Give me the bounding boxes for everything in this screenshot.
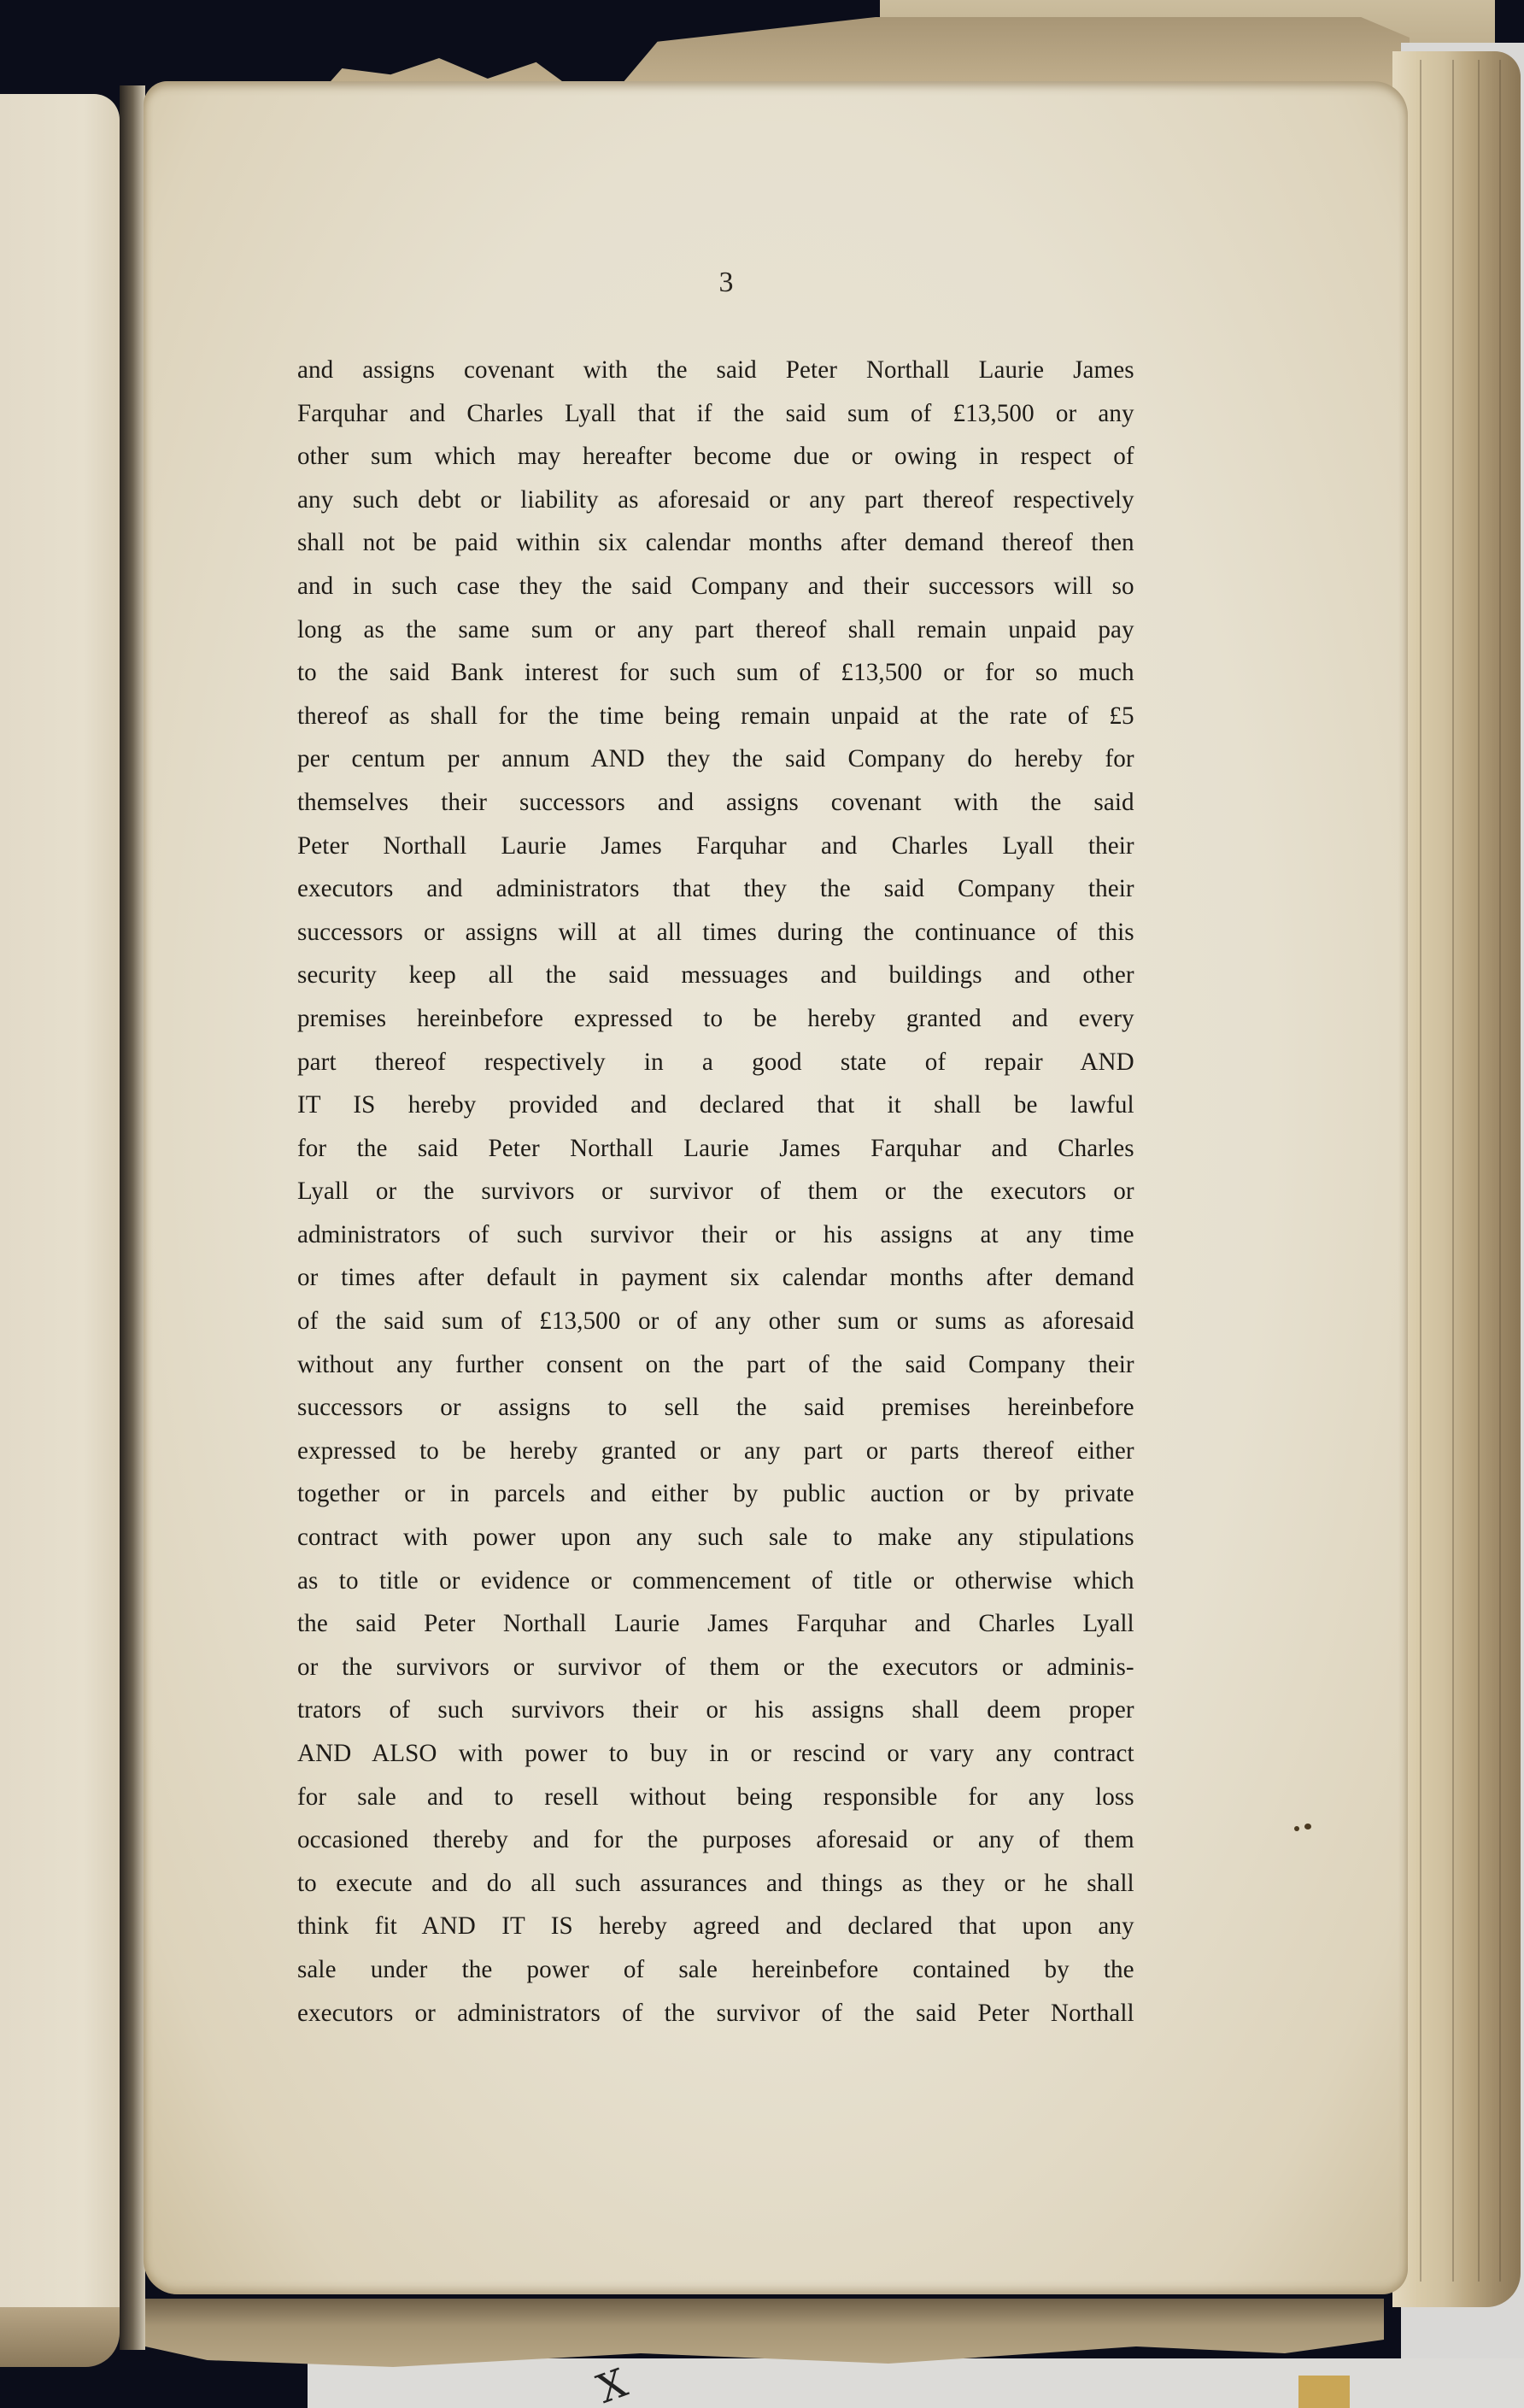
text-line: successors or assigns to sell the said p… [297,1386,1134,1430]
tape-strip [1298,2376,1350,2408]
text-line: contract with power upon any such sale t… [297,1516,1134,1559]
text-line: for sale and to resell without being res… [297,1776,1134,1819]
text-line: premises hereinbefore expressed to be he… [297,997,1134,1041]
text-line: trators of such survivors their or his a… [297,1689,1134,1732]
text-line: occasioned thereby and for the purposes … [297,1818,1134,1862]
text-line: or the survivors or survivor of them or … [297,1646,1134,1689]
text-line: AND ALSO with power to buy in or rescind… [297,1732,1134,1776]
paper-speck [1294,1826,1299,1831]
text-line: Lyall or the survivors or survivor of th… [297,1170,1134,1213]
text-line: Peter Northall Laurie James Farquhar and… [297,825,1134,868]
text-line: successors or assigns will at all times … [297,911,1134,954]
text-line: long as the same sum or any part thereof… [297,608,1134,652]
page-stack-line [1499,60,1501,2282]
document-body: and assigns covenant with the said Peter… [297,349,1134,2035]
text-line: expressed to be hereby granted or any pa… [297,1430,1134,1473]
book-gutter [120,85,145,2350]
book-scan: X 3 and assigns covenant with the said P… [0,0,1524,2408]
left-facing-page [0,94,120,2350]
text-line: and in such case they the said Company a… [297,565,1134,608]
page-stack-line [1452,60,1454,2282]
text-line: IT IS hereby provided and declared that … [297,1084,1134,1127]
text-line: administrators of such survivor their or… [297,1213,1134,1257]
text-line: security keep all the said messuages and… [297,954,1134,997]
text-line: without any further consent on the part … [297,1343,1134,1387]
text-line: think fit AND IT IS hereby agreed and de… [297,1905,1134,1948]
text-line: any such debt or liability as aforesaid … [297,479,1134,522]
text-line: or times after default in payment six ca… [297,1256,1134,1300]
main-page-bottom-edge [145,2299,1384,2367]
text-line: sale under the power of sale hereinbefor… [297,1948,1134,1992]
text-line: to the said Bank interest for such sum o… [297,651,1134,695]
text-line: executors and administrators that they t… [297,867,1134,911]
page-number: 3 [700,267,752,299]
page-stack-line [1478,60,1480,2282]
text-line: the said Peter Northall Laurie James Far… [297,1602,1134,1646]
text-line: shall not be paid within six calendar mo… [297,521,1134,565]
text-line: part thereof respectively in a good stat… [297,1041,1134,1084]
left-page-bottom-edge [0,2307,120,2367]
text-line: for the said Peter Northall Laurie James… [297,1127,1134,1171]
text-line: thereof as shall for the time being rema… [297,695,1134,738]
text-line: other sum which may hereafter become due… [297,435,1134,479]
text-line: themselves their successors and assigns … [297,781,1134,825]
page-stack-right [1392,51,1521,2307]
page-stack-line [1420,60,1421,2282]
text-line: as to title or evidence or commencement … [297,1559,1134,1603]
paper-speck [1304,1824,1311,1829]
text-line: together or in parcels and either by pub… [297,1472,1134,1516]
text-line: to execute and do all such assurances an… [297,1862,1134,1906]
text-line: executors or administrators of the survi… [297,1992,1134,2035]
text-line: per centum per annum AND they the said C… [297,737,1134,781]
text-line: Farquhar and Charles Lyall that if the s… [297,392,1134,436]
text-line: and assigns covenant with the said Peter… [297,349,1134,392]
text-line: of the said sum of £13,500 or of any oth… [297,1300,1134,1343]
